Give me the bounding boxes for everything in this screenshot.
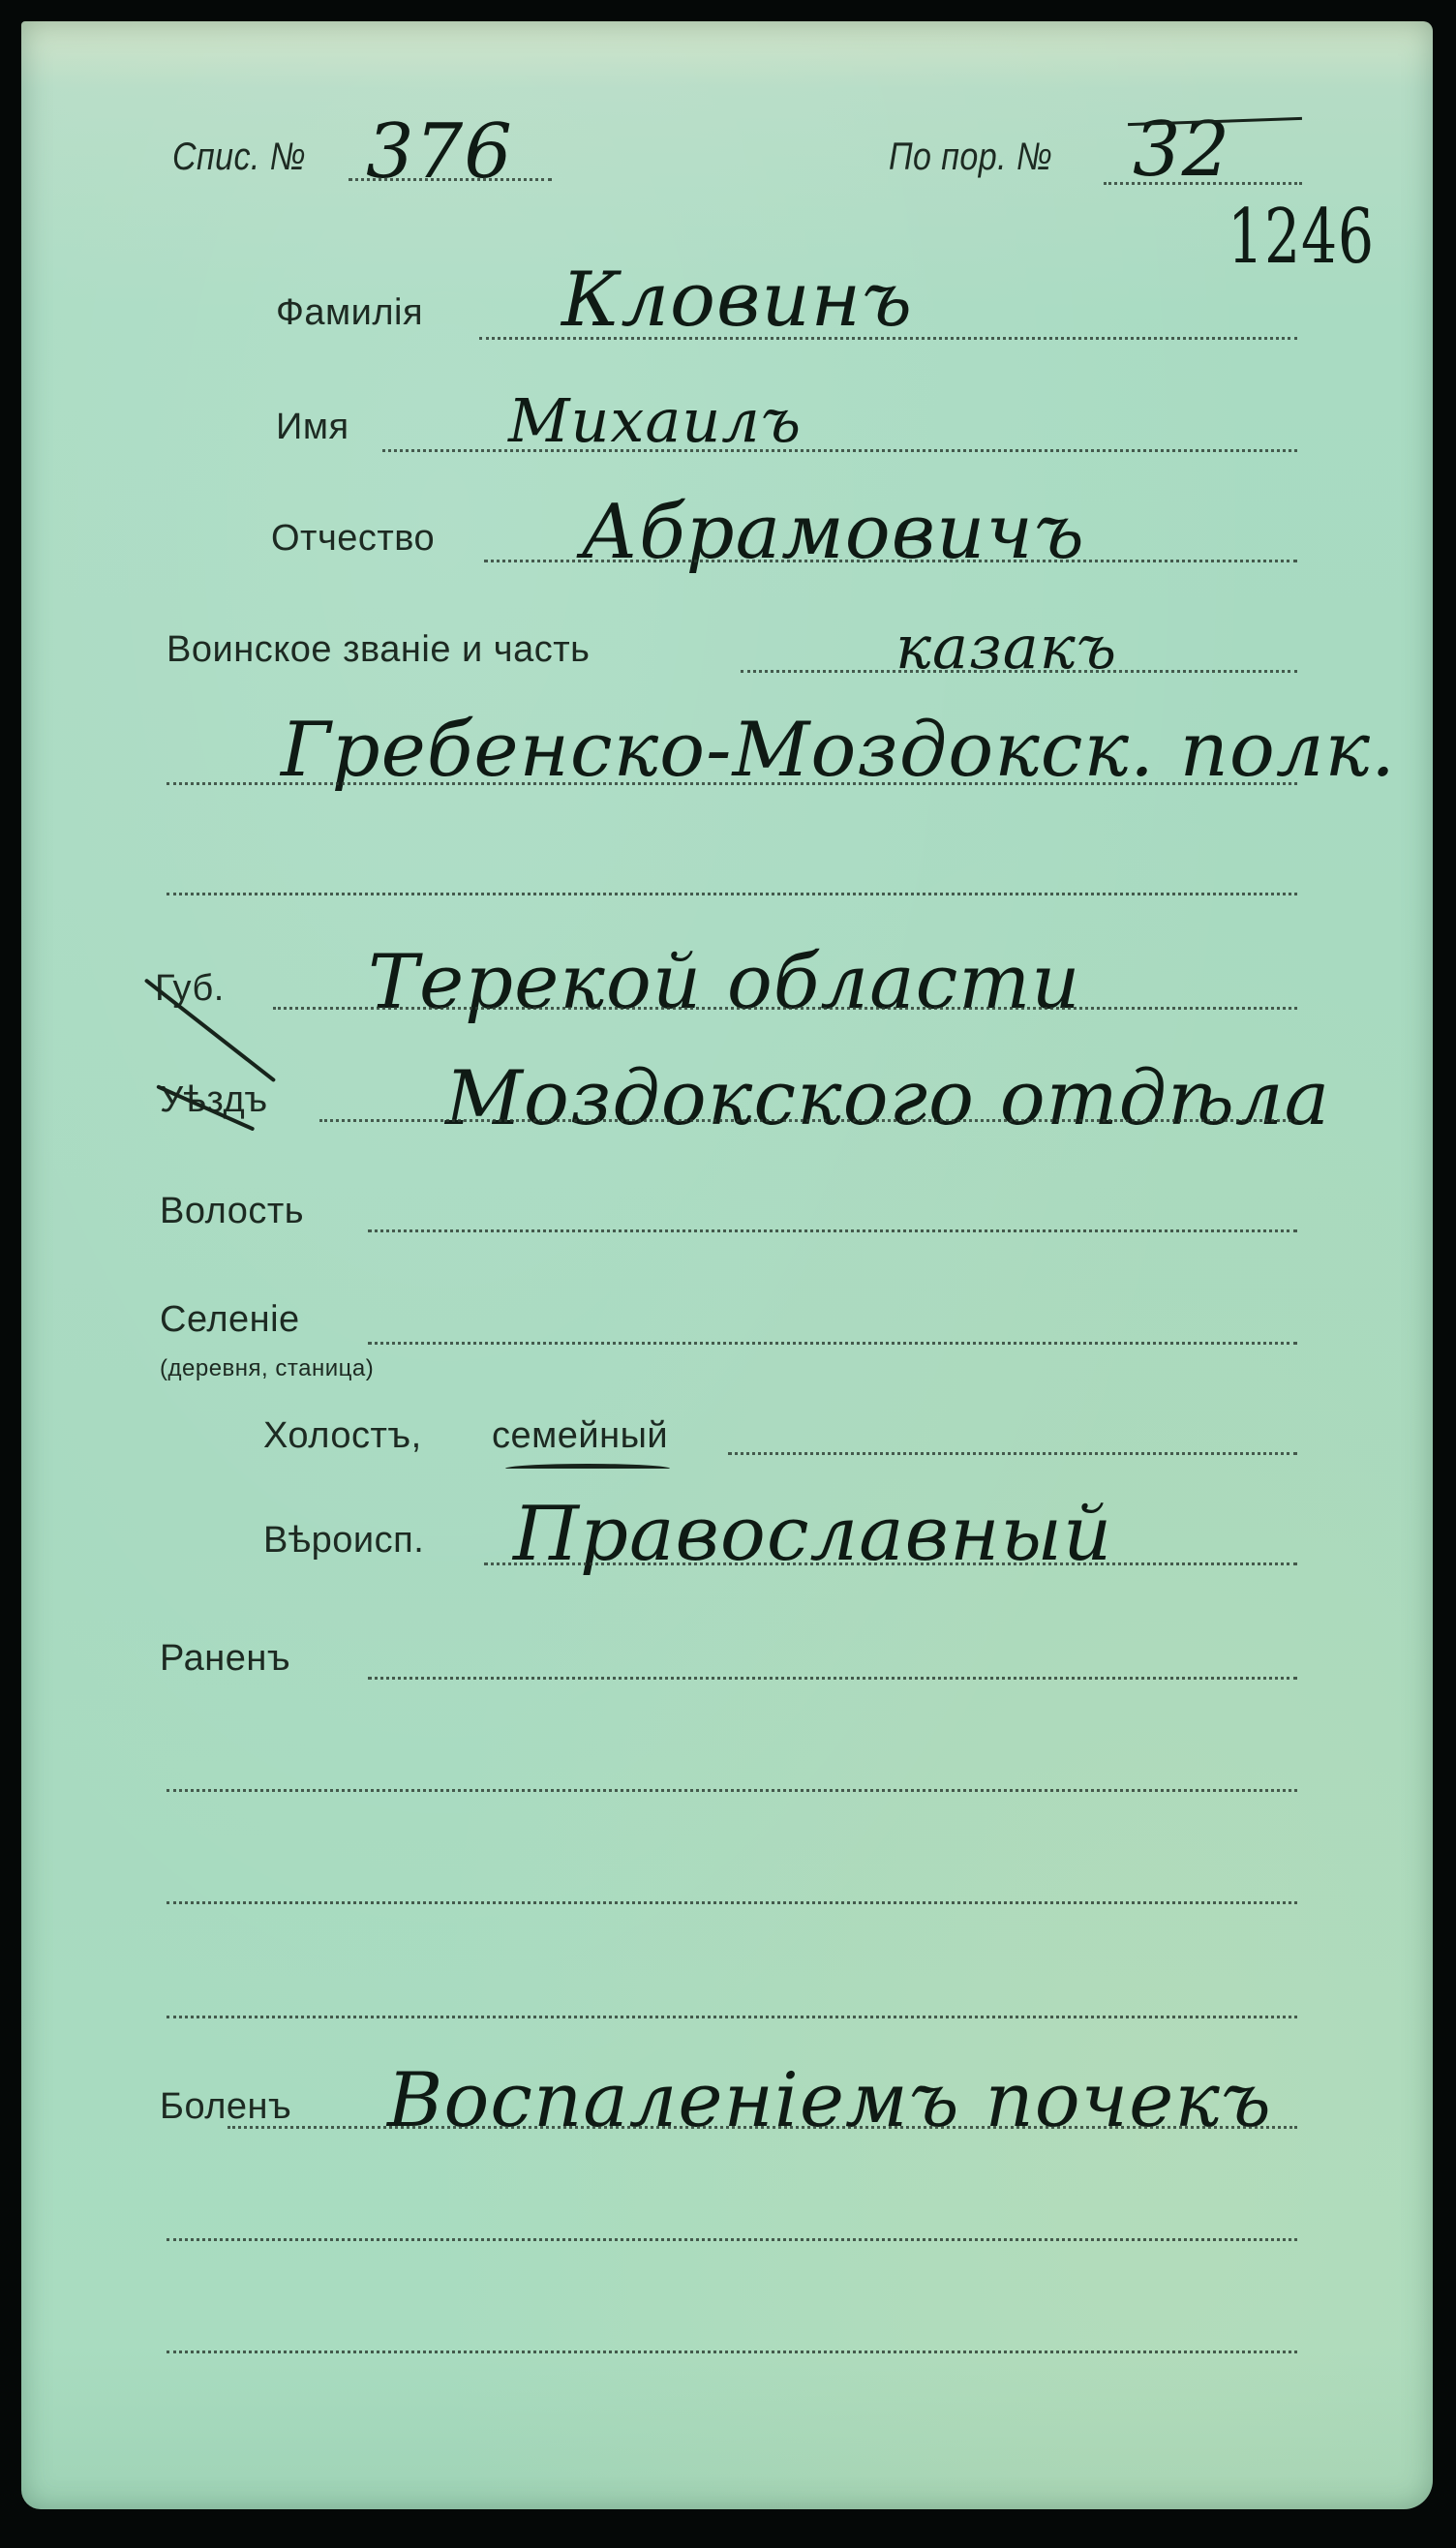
patronymic-line xyxy=(484,560,1297,562)
wounded-line-3 xyxy=(167,1901,1297,1904)
district-label: Уѣздъ xyxy=(160,1079,268,1121)
religion-label: Вѣроисп. xyxy=(263,1520,424,1562)
margin-number: 1246 xyxy=(1228,194,1375,281)
blank-line-1 xyxy=(167,893,1297,895)
marital-married-underline xyxy=(505,1464,670,1473)
patronymic-value: Абрамовичъ xyxy=(581,489,1085,576)
surname-label: Фамилія xyxy=(276,292,423,334)
district-line xyxy=(319,1119,1297,1122)
wounded-line-4 xyxy=(167,2016,1297,2018)
volost-label: Волость xyxy=(160,1191,304,1232)
first-name-value: Михаилъ xyxy=(508,385,802,456)
marital-line xyxy=(728,1452,1297,1455)
volost-line xyxy=(368,1229,1297,1232)
wounded-line xyxy=(368,1677,1297,1680)
religion-line xyxy=(484,1562,1297,1565)
rank-unit-line xyxy=(741,670,1297,673)
province-label: Губ. xyxy=(155,968,225,1010)
ill-line-3 xyxy=(167,2351,1297,2353)
province-value: Терекой области xyxy=(368,939,1080,1026)
marital-single-label: Холостъ, xyxy=(263,1415,422,1457)
order-number-label: По пор. № xyxy=(889,136,1052,179)
unit-line xyxy=(167,782,1297,785)
ill-line xyxy=(227,2126,1297,2129)
unit-value: Гребенско-Моздокск. полк. xyxy=(281,707,1396,794)
first-name-line xyxy=(382,449,1297,452)
province-line xyxy=(273,1007,1297,1010)
surname-line xyxy=(479,337,1297,340)
list-number-label: Спис. № xyxy=(172,136,306,179)
list-number-value: 376 xyxy=(366,108,513,196)
wounded-label: Раненъ xyxy=(160,1638,290,1680)
marital-married-label: семейный xyxy=(492,1415,668,1457)
rank-unit-label: Воинское званіе и часть xyxy=(167,629,590,671)
list-number-line xyxy=(349,178,552,181)
ill-label: Боленъ xyxy=(160,2086,291,2128)
village-label: Селеніе xyxy=(160,1299,300,1341)
surname-value: Кловинъ xyxy=(561,257,913,344)
order-number-line xyxy=(1104,182,1302,185)
first-name-label: Имя xyxy=(276,407,349,448)
village-line xyxy=(368,1342,1297,1345)
village-sublabel: (деревня, станица) xyxy=(160,1355,374,1382)
ill-line-2 xyxy=(167,2238,1297,2241)
ill-value: Воспаленіемъ почекъ xyxy=(387,2057,1272,2144)
patronymic-label: Отчество xyxy=(271,518,435,560)
wounded-line-2 xyxy=(167,1789,1297,1792)
district-value: Моздокского отдѣла xyxy=(445,1055,1330,1142)
